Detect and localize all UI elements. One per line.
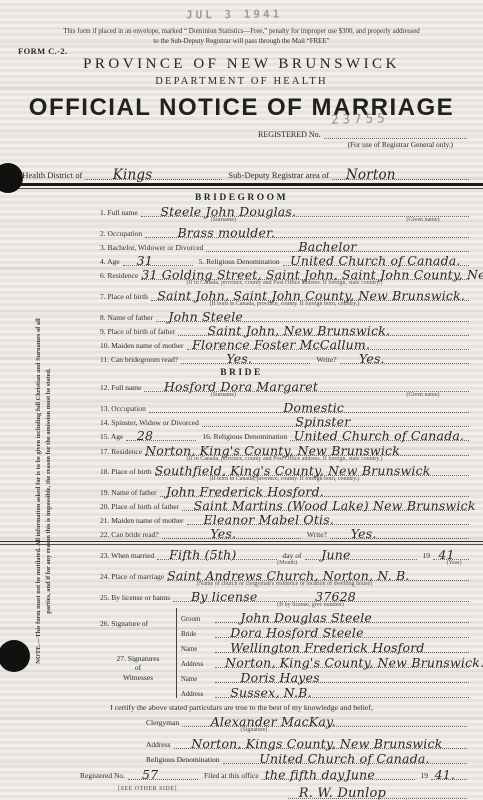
row-field: Spinster — [202, 412, 469, 427]
row-field: Yes. — [162, 524, 301, 539]
groom-label: Groom — [181, 616, 215, 623]
row-field: 57 — [128, 763, 198, 780]
section-divider-rule — [0, 183, 483, 189]
row-field: Doris Hayes — [215, 667, 469, 683]
form-row-status-bride: 14. Spinster, Widow or Divorced Spinster — [100, 413, 469, 427]
form-row-place-of-marriage: 24. Place of marriage Saint Andrews Chur… — [100, 567, 469, 581]
form-row-father-birthplace-bride: 20. Place of birth of father Saint Marti… — [100, 497, 469, 511]
sub-deputy-registrar-signature: R. W. Dunlop — [299, 788, 386, 800]
bride-signature-row: Bride Dora Hosford Steele — [181, 623, 469, 638]
couple-signatures-group: 26. Signature of Groom John Douglas Stee… — [100, 608, 469, 638]
row-label: 24. Place of marriage — [100, 572, 167, 581]
witness1-address-row: Address Norton, King's County, New Bruns… — [181, 653, 469, 668]
name-label: Name — [181, 646, 215, 653]
handwritten-value: Fifth (5th) — [169, 549, 236, 561]
handwritten-value: June — [321, 549, 350, 561]
mail-free-notice-line2: to the Sub-Deputy Registrar will pass th… — [0, 37, 483, 47]
row-label: 4. Age — [100, 257, 123, 266]
row-label: 8. Name of father — [100, 313, 156, 322]
date-stamp: JUL 3 1941 — [186, 8, 282, 22]
form-row-occupation-bride: 13. Occupation Domestic — [100, 399, 469, 413]
form-row-mother-bride: 21. Maiden name of mother Eleanor Mabel … — [100, 511, 469, 525]
form-row-father-groom: 8. Name of father John Steele — [100, 307, 469, 321]
row-field: Yes. — [181, 349, 310, 364]
margin-note-line1: NOTE.—This form must not be mutilated. A… — [35, 318, 42, 663]
mail-free-notice-line1: This form if placed in an envelope, mark… — [0, 27, 483, 37]
row-field: Yes. — [330, 524, 469, 539]
handwritten-value: Southfield, King's County, New Brunswick — [155, 465, 431, 477]
handwritten-value: 31 Golding Street, Saint John, Saint Joh… — [141, 269, 483, 281]
row-field: John Steele — [156, 306, 469, 321]
witnesses-label-line1: 27. Signatures — [117, 654, 160, 663]
form-row-full-name-groom: 1. Full name Steele John Douglas. — [100, 203, 469, 217]
row-field: Alexander MacKay. — [182, 711, 467, 727]
address-label: Address — [181, 691, 215, 698]
row-label: 6. Residence — [100, 271, 141, 280]
witness1-name-row: Name Wellington Frederick Hosford — [181, 638, 469, 653]
form-row-mother-groom: 10. Maiden name of mother Florence Foste… — [100, 336, 469, 350]
bridegroom-section: 1. Full name Steele John Douglas. (Surna… — [100, 203, 469, 364]
write-label: Write? — [310, 355, 339, 364]
form-row-father-bride: 19. Name of father John Frederick Hosfor… — [100, 483, 469, 497]
row-field: Saint Martins (Wood Lake) New Brunswick — [182, 496, 469, 511]
handwritten-value: Yes. — [351, 528, 377, 540]
form-row-read-write-groom: 11. Can bridegroom read? Yes. Write? Yes… — [100, 350, 469, 364]
row-label: 2. Occupation — [100, 229, 145, 238]
address-label: Address — [146, 740, 174, 749]
row-field: Norton, King's County, New Brunswick. — [215, 652, 469, 668]
row-label: 1. Full name — [100, 208, 141, 217]
bride-section: 12. Full name Hosford Dora Margaret (Sur… — [100, 378, 469, 539]
row-label: 11. Can bridegroom read? — [100, 355, 181, 364]
form-row-age-religion-bride: 15. Age 28 16. Religious Denomination Un… — [100, 427, 469, 441]
margin-note-line2: parties, and if for any reason this is i… — [45, 368, 52, 613]
row-label: 20. Place of birth of father — [100, 502, 182, 511]
groom-signature-row: Groom John Douglas Steele — [181, 608, 469, 623]
form-row-status-groom: 3. Bachelor, Widower or Divorced Bachelo… — [100, 238, 469, 252]
row-field: June — [305, 545, 417, 560]
handwritten-value: Yes. — [210, 528, 236, 540]
row-label: 22. Can bride read? — [100, 530, 162, 539]
license-number-value: 37628 — [315, 591, 356, 603]
row-field: 41. — [431, 763, 467, 780]
row-field: Eleanor Mabel Otis. — [187, 510, 469, 525]
form-row-license: 25. By license or banns By license 37628 — [100, 587, 469, 601]
registrar-general-note: (For use of Registrar General only.) — [0, 140, 453, 149]
punch-hole-bottom — [0, 640, 30, 672]
year-prefix: 19 — [417, 551, 434, 560]
row-field: Sussex, N.B. — [215, 682, 469, 698]
row-field: Southfield, King's County, New Brunswick — [155, 461, 469, 476]
row-label: 18. Place of birth — [100, 467, 155, 476]
row-field: Saint Andrews Church, Norton, N. B. — [167, 566, 469, 581]
write-label: Write? — [301, 530, 330, 539]
registered-filed-row: Registered No. 57 Filed at this office t… — [80, 764, 467, 780]
form-row-residence-groom: 6. Residence 31 Golding Street, Saint Jo… — [100, 266, 469, 280]
handwritten-value: Yes. — [359, 353, 385, 365]
registered-no-field — [324, 127, 467, 139]
row-field: Norton, King's County, New Brunswick — [145, 440, 469, 455]
margin-note: NOTE.—This form must not be mutilated. A… — [34, 276, 53, 706]
registered-number: 57 — [142, 769, 158, 781]
clergyman-address-row: Address Norton, Kings County, New Brunsw… — [146, 734, 467, 749]
row-field: Florence Foster McCallum. — [187, 335, 469, 350]
row-label: 23. When married — [100, 551, 157, 560]
filed-year-value: 41. — [435, 769, 455, 781]
handwritten-value: Norton, King's County, New Brunswick — [145, 445, 400, 457]
document-title: OFFICIAL NOTICE OF MARRIAGE — [0, 94, 483, 122]
witness2-address-row: Address Sussex, N.B. — [181, 683, 469, 698]
row-field: Saint John, New Brunswick. — [178, 321, 469, 336]
row-field: Saint John, Saint John County, New Bruns… — [151, 286, 469, 301]
row-field: John Frederick Hosford. — [160, 482, 469, 497]
row-field: United Church of Canada. — [290, 426, 469, 441]
filed-month-value: June — [346, 769, 375, 781]
row-label: 12. Full name — [100, 383, 144, 392]
bride-label: Bride — [181, 631, 215, 638]
marriage-notice-document: JUL 3 1941 This form if placed in an env… — [0, 0, 483, 800]
row-label: 15. Age — [100, 432, 126, 441]
form-row-when-married: 23. When married Fifth (5th) day of June… — [100, 546, 469, 560]
form-row-residence-bride: 17. Residence Norton, King's County, New… — [100, 441, 469, 455]
witnesses-label-line3: Witnesses — [123, 673, 153, 682]
marriage-section: 23. When married Fifth (5th) day of June… — [100, 546, 469, 698]
clergyman-religion-row: Religious Denomination United Church of … — [146, 749, 467, 764]
row-field: By license 37628 — [173, 586, 469, 601]
form-row-birthplace-bride: 18. Place of birth Southfield, King's Co… — [100, 462, 469, 476]
handwritten-value: Saint Andrews Church, Norton, N. B. — [167, 570, 409, 582]
handwritten-value: Steele John Douglas. — [160, 206, 296, 218]
row-field: John Douglas Steele — [215, 607, 469, 623]
sub-deputy-area-field: Norton — [332, 160, 469, 180]
handwritten-value: By license — [191, 591, 257, 603]
row-field: Brass moulder. — [145, 222, 469, 237]
row-field: Bachelor — [206, 237, 469, 252]
form-row-occupation-groom: 2. Occupation Brass moulder. — [100, 223, 469, 237]
handwritten-value: 41 — [438, 549, 454, 561]
form-row-full-name-bride: 12. Full name Hosford Dora Margaret — [100, 378, 469, 392]
witnesses-label-line2: of — [135, 663, 141, 672]
row-field: Wellington Frederick Hosford — [215, 637, 469, 653]
row-field: Dora Hosford Steele — [215, 622, 469, 638]
handwritten-value: Hosford Dora Margaret — [164, 381, 318, 393]
row-label: 25. By license or banns — [100, 593, 173, 602]
witness-signatures-brace: Name Wellington Frederick Hosford Addres… — [176, 638, 469, 698]
row-field: United Church of Canada. — [223, 748, 467, 764]
row-label: 13. Occupation — [100, 404, 149, 413]
sub-health-district-field: Kings — [85, 160, 222, 180]
form-row-birthplace-groom: 7. Place of birth Saint John, Saint John… — [100, 287, 469, 301]
sub-deputy-area-value: Norton — [346, 169, 396, 181]
row-field: Domestic — [149, 398, 469, 413]
row-field: 41 — [433, 545, 469, 560]
row-field: Hosford Dora Margaret — [144, 377, 469, 392]
row-field: 31 Golding Street, Saint John, Saint Joh… — [141, 265, 469, 280]
sub-deputy-area-label: Sub-Deputy Registrar area of — [222, 170, 332, 180]
department-heading: DEPARTMENT OF HEALTH — [0, 76, 483, 87]
district-row: Sub-Health District of Kings Sub-Deputy … — [6, 161, 469, 180]
year-prefix: 19 — [415, 771, 432, 780]
row-field: 31 — [123, 251, 193, 266]
sub-health-district-value: Kings — [113, 169, 153, 181]
filed-label: Filed at this office — [198, 771, 262, 780]
clergyman-row: Clergyman Alexander MacKay. — [146, 712, 467, 727]
registered-no-label: REGISTERED No. — [258, 130, 324, 139]
registered-no-line: REGISTERED No. — [258, 128, 467, 139]
row-field: Fifth (5th) — [157, 545, 276, 560]
row-label: 7. Place of birth — [100, 292, 151, 301]
sub-deputy-registrar-signature-field: R. W. Dunlop — [288, 784, 467, 799]
row-field: Norton, Kings County, New Brunswick — [174, 733, 467, 749]
filed-day-value: the fifth day — [265, 769, 345, 781]
couple-signatures-brace: Groom John Douglas Steele Bride Dora Hos… — [176, 608, 469, 638]
row-field: Yes. — [340, 349, 469, 364]
clergyman-label: Clergyman — [146, 718, 182, 727]
form-row-age-religion-groom: 4. Age 31 5. Religious Denomination Unit… — [100, 252, 469, 266]
witness2-address: Sussex, N.B. — [230, 687, 312, 699]
row-label: 17. Residence — [100, 447, 145, 456]
witness-signatures-group: 27. Signatures of Witnesses Name Welling… — [100, 638, 469, 698]
clergyman-signature: Alexander MacKay. — [211, 716, 336, 728]
row-field: the fifth day June — [262, 763, 415, 780]
row-label: 9. Place of birth of father — [100, 327, 178, 336]
day-of-label: day of — [277, 551, 305, 560]
see-other-side-note: [SEE OTHER SIDE] — [118, 786, 177, 792]
signature-of-label: 26. Signature of — [100, 619, 176, 628]
handwritten-value: Saint John, Saint John County, New Bruns… — [157, 290, 465, 302]
row-field: United Church of Canada. — [283, 251, 469, 266]
witnesses-label: 27. Signatures of Witnesses — [100, 654, 176, 682]
form-row-father-birthplace-groom: 9. Place of birth of father Saint John, … — [100, 322, 469, 336]
row-field: Steele John Douglas. — [141, 202, 469, 217]
province-heading: PROVINCE OF NEW BRUNSWICK — [0, 56, 483, 73]
name-label: Name — [181, 676, 215, 683]
witness2-name-row: Name Doris Hayes — [181, 668, 469, 683]
form-row-read-write-bride: 22. Can bride read? Yes. Write? Yes. — [100, 525, 469, 539]
row-field: 28 — [126, 426, 196, 441]
form-code: FORM C.-2. — [18, 46, 68, 56]
serial-number-stamp: 23755 — [331, 110, 389, 127]
row-label: 10. Maiden name of mother — [100, 341, 187, 350]
address-label: Address — [181, 661, 215, 668]
row-label: 19. Name of father — [100, 488, 160, 497]
registered-label: Registered No. — [80, 771, 128, 780]
handwritten-value: Yes. — [226, 353, 252, 365]
